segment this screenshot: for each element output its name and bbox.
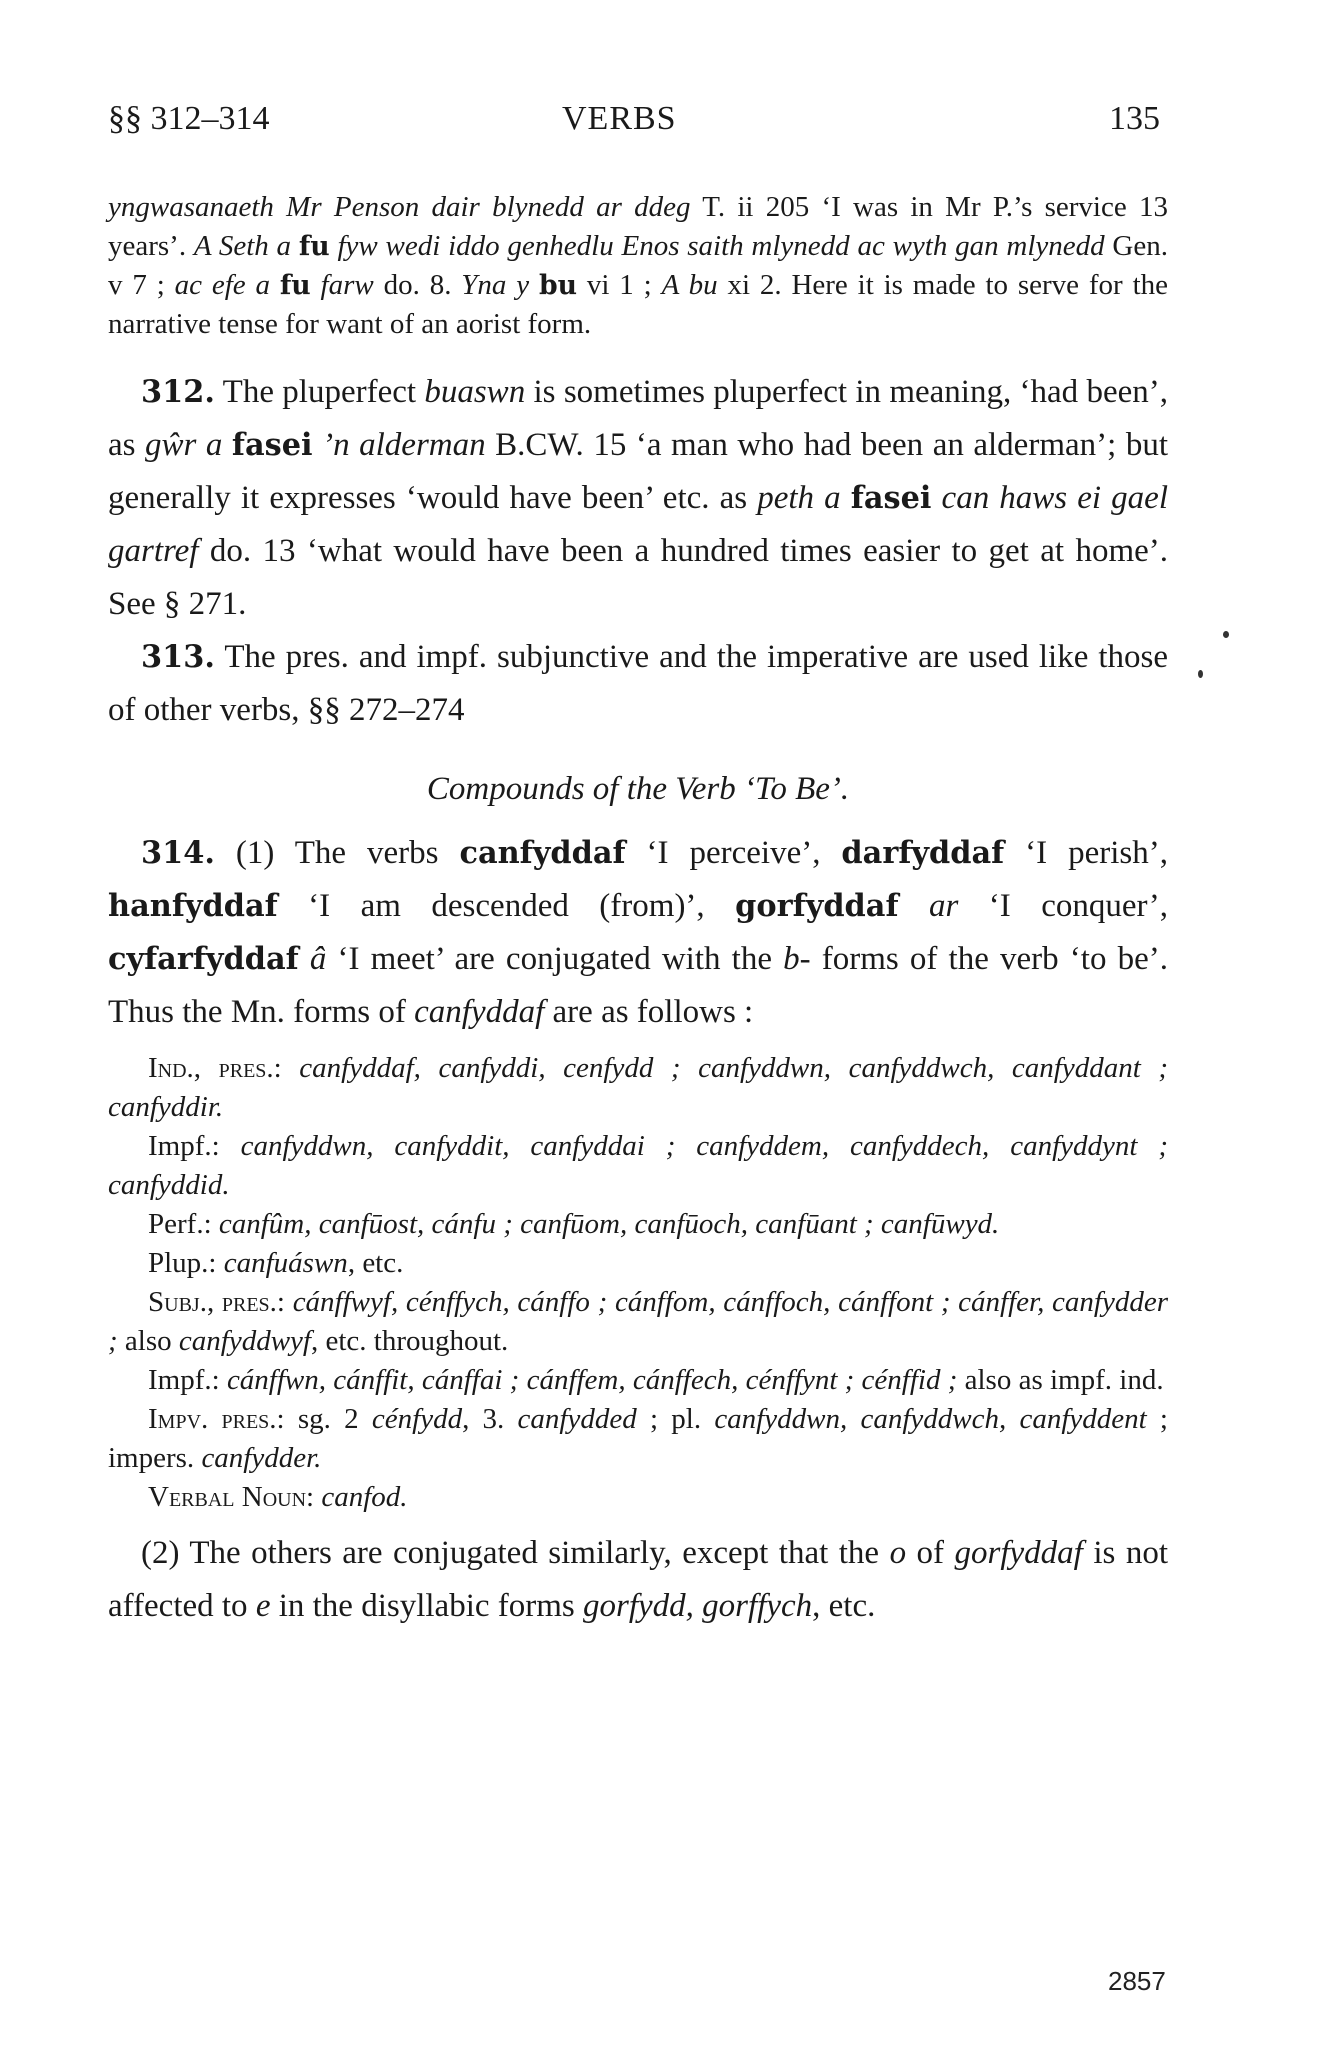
welsh-example: b-: [783, 941, 811, 977]
text-run: sg. 2: [298, 1403, 372, 1435]
welsh-example: canfyddwn, canfyddit, canfyddai ; canfyd…: [108, 1130, 1168, 1201]
welsh-example: canfuáswn: [224, 1247, 348, 1279]
text-run: , etc.: [812, 1588, 875, 1624]
text-run: also as impf. ind.: [957, 1364, 1163, 1396]
page-number: 135: [1109, 100, 1160, 138]
section-314-part-2: (2) The others are conjugated similarly,…: [108, 1527, 1168, 1633]
paradigm-label: Subj., pres.:: [148, 1286, 293, 1318]
welsh-example: peth a: [757, 480, 851, 516]
welsh-example: canfûm, canfūost, cánfu ; canfūom, canfū…: [219, 1208, 999, 1240]
bold-form: fu: [280, 270, 311, 301]
welsh-example: A Seth a: [194, 230, 299, 262]
paradigm-row: Verbal Noun: canfod.: [108, 1478, 1168, 1517]
intro-paragraph: yngwasanaeth Mr Penson dair blynedd ar d…: [108, 188, 1168, 344]
text-run: ‘I perish’,: [1004, 835, 1168, 871]
welsh-example: gŵr a: [145, 427, 232, 463]
paradigm-label: Impf.:: [148, 1364, 227, 1396]
section-number: 313.: [141, 639, 215, 675]
text-run: The pluperfect: [215, 374, 424, 410]
paradigm-row: Ind., pres.: canfyddaf, canfyddi, cenfyd…: [108, 1049, 1168, 1127]
text-run: ‘I conquer’,: [958, 888, 1168, 924]
welsh-example: A bu: [662, 269, 718, 301]
bold-form: fu: [299, 231, 330, 262]
text-run: (2) The others are conjugated similarly,…: [141, 1535, 890, 1571]
welsh-example: e: [256, 1588, 271, 1624]
section-314: 314. (1) The verbs canfyddaf ‘I perceive…: [108, 827, 1168, 1039]
welsh-example: gorfyddaf: [955, 1535, 1083, 1571]
section-312: 312. The pluperfect buaswn is sometimes …: [108, 366, 1168, 631]
welsh-example: ’n alderman: [313, 427, 486, 463]
text-run: ‘I am descended (from)’,: [278, 888, 735, 924]
bold-form: fasei: [232, 427, 313, 463]
welsh-example: canfydder.: [201, 1442, 321, 1474]
scan-speck: [1198, 670, 1203, 678]
paradigm-row: Impf.: canfyddwn, canfyddit, canfyddai ;…: [108, 1127, 1168, 1205]
welsh-example: cénfydd: [372, 1403, 462, 1435]
welsh-example: fyw wedi iddo genhedlu Enos saith mlyned…: [330, 230, 1105, 262]
book-page: §§ 312–314 VERBS 135 yngwasanaeth Mr Pen…: [0, 0, 1341, 2070]
welsh-example: canfod.: [321, 1481, 407, 1513]
welsh-example: canfyddaf: [414, 994, 544, 1030]
bold-form: gorfyddaf: [735, 888, 898, 924]
paradigm-row: Impv. pres.: sg. 2 cénfydd, 3. canfydded…: [108, 1400, 1168, 1478]
paradigm-label: Perf.:: [148, 1208, 219, 1240]
text-run: vi 1 ;: [577, 269, 662, 301]
welsh-example: o: [890, 1535, 907, 1571]
text-run: B.CW.: [486, 427, 584, 463]
bold-form: bu: [539, 270, 577, 301]
section-number: 312.: [141, 374, 215, 410]
bold-form: canfyddaf: [459, 835, 625, 871]
text-run: ‘I meet’ are conjugated with the: [326, 941, 783, 977]
section-313-text: The pres. and impf. subjunctive and the …: [108, 639, 1168, 728]
welsh-example: cánffwn, cánffit, cánffai ; cánffem, cán…: [227, 1364, 957, 1396]
text-run: are as follows :: [544, 994, 753, 1030]
section-number: 314.: [141, 835, 215, 871]
welsh-example: canfyddwn, canfyddwch, canfyddent: [714, 1403, 1146, 1435]
text-run: in the disyllabic forms: [270, 1588, 583, 1624]
paradigm-row: Plup.: canfuáswn, etc.: [108, 1244, 1168, 1283]
subheading: Compounds of the Verb ‘To Be’.: [108, 759, 1168, 819]
bold-form: darfyddaf: [841, 835, 1004, 871]
paradigm-row: Subj., pres.: cánffwyf, cénffych, cánffo…: [108, 1283, 1168, 1361]
paradigm-row: Perf.: canfûm, canfūost, cánfu ; canfūom…: [108, 1205, 1168, 1244]
text-run: also: [118, 1325, 179, 1357]
page-title: VERBS: [562, 100, 677, 138]
paradigm-label: Plup.:: [148, 1247, 224, 1279]
text-run: do. 8.: [374, 269, 462, 301]
welsh-example: canfyddwyf: [179, 1325, 311, 1357]
section-range: §§ 312–314: [108, 100, 270, 138]
text-run: ; pl.: [637, 1403, 715, 1435]
paradigm-label: Impv. pres.:: [148, 1403, 298, 1435]
paradigm-row: Impf.: cánffwn, cánffit, cánffai ; cánff…: [108, 1361, 1168, 1400]
paradigm-label: Impf.:: [148, 1130, 241, 1162]
text-run: do. 13 ‘what would have been a hundred t…: [108, 533, 1168, 622]
bold-form: fasei: [851, 480, 932, 516]
welsh-example: farw: [311, 269, 374, 301]
paradigm-list: Ind., pres.: canfyddaf, canfyddi, cenfyd…: [108, 1049, 1168, 1517]
welsh-example: â: [299, 941, 327, 977]
paradigm-label: Ind., pres.:: [148, 1052, 299, 1084]
welsh-example: canfydded: [518, 1403, 637, 1435]
welsh-example: ar: [899, 888, 959, 924]
scan-speck: [1223, 631, 1229, 638]
paradigm-label: Verbal Noun:: [148, 1481, 321, 1513]
welsh-example: Yna y: [461, 269, 539, 301]
text-run: , 3.: [462, 1403, 517, 1435]
bold-form: cyfarfyddaf: [108, 941, 299, 977]
scan-number: 2857: [1108, 1966, 1166, 1997]
text-run: , etc.: [348, 1247, 404, 1279]
welsh-example: buaswn: [424, 374, 525, 410]
bold-form: hanfyddaf: [108, 888, 278, 924]
welsh-example: ac efe a: [175, 269, 280, 301]
welsh-example: gorfydd, gorffych: [583, 1588, 812, 1624]
welsh-example: yngwasanaeth Mr Penson dair blynedd ar d…: [108, 191, 691, 223]
text-run: , etc. throughout.: [311, 1325, 508, 1357]
text-run: of: [906, 1535, 954, 1571]
section-313: 313. The pres. and impf. subjunctive and…: [108, 631, 1168, 737]
running-header: §§ 312–314 VERBS 135: [108, 100, 1160, 144]
text-run: (1) The verbs: [215, 835, 460, 871]
text-run: ‘I perceive’,: [626, 835, 842, 871]
page-body: yngwasanaeth Mr Penson dair blynedd ar d…: [108, 188, 1168, 1633]
